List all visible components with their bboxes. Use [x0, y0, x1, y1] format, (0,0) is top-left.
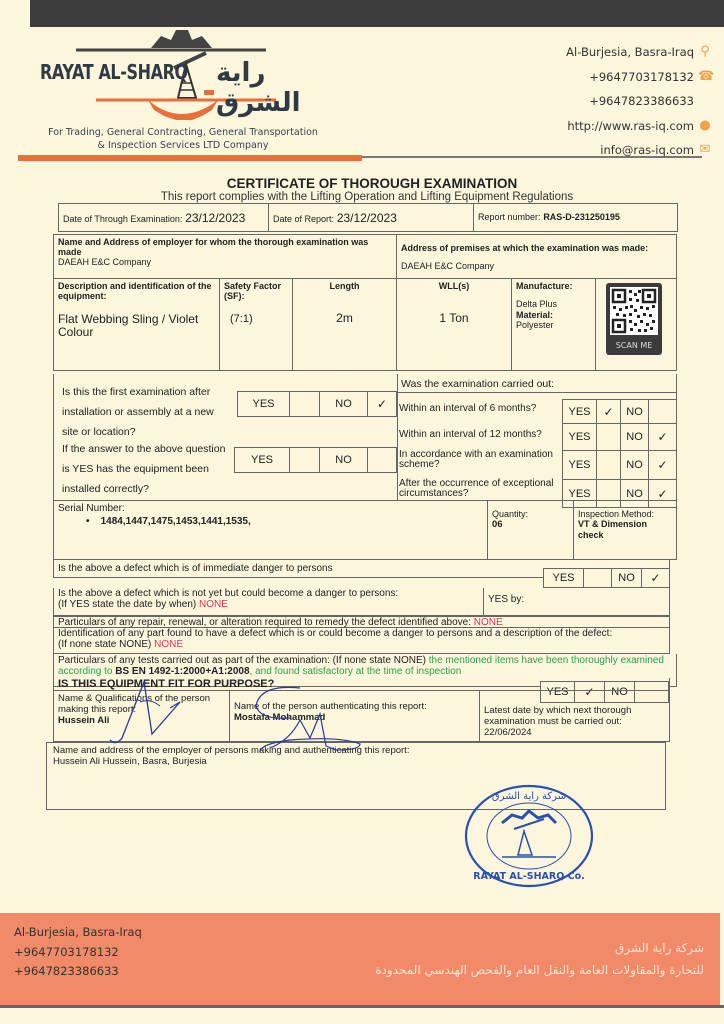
report-maker-cell: Name & Qualifications of the person maki…	[54, 691, 230, 742]
scheme-yes-box[interactable]	[597, 451, 621, 480]
footer-band: Al-Burjesia, Basra-Iraq +9647703178132 +…	[0, 913, 720, 1005]
defective-part-row: Identification of any part found to have…	[53, 628, 670, 654]
inspection-method-cell: Inspection Method: VT & Dimension check	[574, 501, 677, 560]
defective-part-value: NONE	[154, 639, 183, 650]
stamp-arabic-text: شركة راية الشرق	[492, 791, 566, 802]
length-value: 2m	[297, 311, 392, 325]
scan-me-label: SCAN ME	[610, 341, 658, 350]
interval-6-yes-box[interactable]: ✓	[597, 400, 621, 424]
interval-12-no-box[interactable]: ✓	[649, 424, 677, 451]
premises-value: DAEAH E&C Company	[401, 261, 672, 271]
interval-12-yes-box[interactable]	[597, 424, 621, 451]
interval-questions: Was the examination carried out: Within …	[397, 374, 677, 508]
footer-phone-2[interactable]: +9647823386633	[14, 962, 142, 982]
quantity-cell: Quantity: 06	[488, 501, 574, 560]
contact-block: Al-Burjesia, Basra-Iraq⚲ +9647703178132☎…	[566, 40, 712, 163]
interval-questions-text: Within an interval of 6 months? Within a…	[399, 396, 559, 503]
company-name-arabic: راية الشرق	[216, 58, 336, 118]
serial-numbers: • 1484,1447,1475,1453,1441,1535,	[86, 516, 483, 527]
premises-cell: Address of premises at which the examina…	[397, 235, 677, 279]
location-pin-icon: ⚲	[698, 45, 712, 59]
check-icon: ✓	[377, 397, 387, 411]
immediate-yes-box[interactable]	[584, 569, 612, 588]
company-tagline: For Trading, General Contracting, Genera…	[38, 126, 328, 152]
check-icon: ✓	[603, 405, 613, 419]
exam-scheme-text: In accordance with an examination scheme…	[399, 448, 559, 475]
qr-code[interactable]: SCAN ME	[606, 283, 662, 355]
description-value: Flat Webbing Sling / Violet Colour	[58, 313, 215, 339]
certificate-subtitle: This report complies with the Lifting Op…	[0, 191, 724, 203]
installed-correctly-question: If the answer to the above question is Y…	[62, 439, 232, 499]
first-exam-question: Is this the first examination after inst…	[62, 382, 222, 442]
manufacture-value: Delta Plus	[516, 299, 591, 309]
defects-section: Is the above a defect which is of immedi…	[53, 560, 670, 687]
company-stamp-icon: شركة راية الشرق RAYAT AL-SHARQ Co.	[462, 783, 596, 889]
interval-6-months-text: Within an interval of 6 months?	[399, 396, 559, 422]
fitness-question: IS THIS EQUIPMENT FIT FOR PURPOSE?	[58, 678, 274, 690]
next-exam-date: 22/06/2024	[484, 727, 665, 738]
interval-heading: Was the examination carried out:	[401, 378, 554, 390]
report-maker-name: Hussein Ali	[58, 715, 225, 726]
repair-row: Particulars of any repair, renewal, or a…	[53, 616, 670, 628]
quantity-value: 06	[492, 519, 569, 530]
future-danger-row: Is the above a defect which is not yet b…	[53, 588, 670, 616]
company-name: RAYAT AL-SHARQ	[40, 60, 188, 84]
first-exam-answer: YES NO ✓	[237, 391, 397, 417]
serial-cell: Serial Number: • 1484,1447,1475,1453,144…	[54, 501, 488, 560]
first-exam-yes-label: YES	[238, 392, 290, 417]
safety-factor-value: (7:1)	[224, 313, 288, 325]
interval-row-scheme: YES NO ✓	[563, 451, 677, 480]
interval-row-6-months: YES ✓ NO	[563, 400, 677, 424]
interval-answers: YES ✓ NO YES NO ✓ YES NO ✓ YES NO ✓	[562, 399, 677, 508]
interval-6-no-box[interactable]	[649, 400, 677, 424]
report-employer-value: Hussein Ali Hussein, Basra, Burjesia	[53, 756, 659, 767]
installed-yes-box[interactable]	[290, 448, 320, 473]
installation-questions: Is this the first examination after inst…	[53, 374, 398, 500]
phone-icon: ☎	[698, 70, 712, 84]
equipment-table: Name and Address of employer for whom th…	[53, 234, 677, 371]
tagline-line-2: & Inspection Services LTD Company	[38, 139, 328, 152]
stamp-english-text: RAYAT AL-SHARQ Co.	[473, 871, 584, 882]
wll-cell: WLL(s) 1 Ton	[397, 279, 512, 371]
first-exam-no-label: NO	[320, 392, 368, 417]
company-logo: RAYAT AL-SHARQ راية الشرق	[36, 28, 336, 118]
exam-date-cell: Date of Through Examination: 23/12/2023	[59, 204, 269, 232]
globe-icon: ●	[698, 119, 712, 133]
authenticator-name: Mostafa Mohammad	[234, 712, 475, 723]
report-number-cell: Report number: RAS-D-231250195	[474, 204, 678, 232]
employer-value: DAEAH E&C Company	[58, 257, 392, 267]
signature-row: Name & Qualifications of the person maki…	[53, 690, 670, 742]
scheme-no-box[interactable]: ✓	[649, 451, 677, 480]
inspection-method-value: VT & Dimension check	[578, 519, 672, 541]
installed-correctly-answer: YES NO	[234, 447, 397, 473]
footer-arabic-company: شركة راية الشرق	[375, 937, 704, 959]
future-danger-value: NONE	[199, 599, 228, 610]
footer-contacts: Al-Burjesia, Basra-Iraq +9647703178132 +…	[14, 923, 142, 982]
repair-value: NONE	[474, 617, 503, 628]
footer-phone-1[interactable]: +9647703178132	[14, 943, 142, 963]
yes-by-cell: YES by:	[483, 588, 528, 615]
check-icon: ✓	[657, 458, 667, 472]
installed-no-label: NO	[320, 448, 368, 473]
wll-value: 1 Ton	[401, 311, 507, 325]
first-exam-no-box[interactable]: ✓	[368, 392, 397, 417]
interval-row-12-months: YES NO ✓	[563, 424, 677, 451]
qr-cell: SCAN ME	[596, 279, 677, 371]
check-icon: ✓	[657, 487, 667, 501]
manufacture-cell: Manufacture: Delta Plus Material: Polyes…	[512, 279, 596, 371]
immediate-no-box[interactable]: ✓	[642, 569, 670, 588]
exceptional-circumstances-text: After the occurrence of exceptional circ…	[399, 475, 559, 503]
report-number-value: RAS-D-231250195	[543, 212, 620, 222]
contact-address: Al-Burjesia, Basra-Iraq⚲	[566, 40, 712, 65]
contact-email[interactable]: info@ras-iq.com✉	[566, 138, 712, 163]
check-icon: ✓	[650, 571, 660, 585]
tagline-line-1: For Trading, General Contracting, Genera…	[38, 126, 328, 139]
footer-arabic-services: للتجارة والمقاولات العامة والنقل العام و…	[375, 959, 704, 981]
footer-address: Al-Burjesia, Basra-Iraq	[14, 923, 142, 943]
interval-12-months-text: Within an interval of 12 months?	[399, 422, 559, 448]
employer-cell: Name and Address of employer for whom th…	[54, 235, 397, 279]
contact-phone-1[interactable]: +9647703178132☎	[566, 65, 712, 90]
immediate-danger-answer: YES NO ✓	[543, 568, 670, 588]
certificate-title: CERTIFICATE OF THOROUGH EXAMINATION	[0, 176, 724, 191]
mail-icon: ✉	[698, 143, 712, 157]
qr-code-icon	[610, 287, 658, 335]
installed-yes-label: YES	[235, 448, 290, 473]
contact-website[interactable]: http://www.ras-iq.com●	[566, 114, 712, 139]
first-exam-yes-box[interactable]	[290, 392, 320, 417]
installed-no-box[interactable]	[368, 448, 397, 473]
footer-arabic-tagline: شركة راية الشرق للتجارة والمقاولات العام…	[375, 937, 704, 981]
exam-date-value: 23/12/2023	[185, 211, 245, 225]
report-date-cell: Date of Report: 23/12/2023	[269, 204, 474, 232]
authenticator-cell: Name of the person authenticating this r…	[230, 691, 480, 742]
top-dark-bar	[30, 0, 724, 27]
material-value: Polyester	[516, 320, 591, 330]
safety-factor-cell: Safety Factor (SF): (7:1)	[220, 279, 293, 371]
header-divider-orange	[18, 155, 362, 161]
dates-row: Date of Through Examination: 23/12/2023 …	[58, 203, 678, 232]
description-cell: Description and identification of the eq…	[54, 279, 220, 371]
footer-edge	[0, 1005, 724, 1008]
serial-row: Serial Number: • 1484,1447,1475,1453,144…	[53, 500, 677, 560]
contact-phone-2[interactable]: +9647823386633	[566, 89, 712, 114]
test-standard: BS EN 1492-1:2000+A1:2008	[115, 666, 249, 677]
length-cell: Length 2m	[293, 279, 397, 371]
check-icon: ✓	[657, 430, 667, 444]
report-date-value: 23/12/2023	[337, 211, 397, 225]
next-exam-cell: Latest date by which next thorough exami…	[480, 691, 670, 742]
immediate-danger-row: Is the above a defect which is of immedi…	[53, 560, 670, 578]
